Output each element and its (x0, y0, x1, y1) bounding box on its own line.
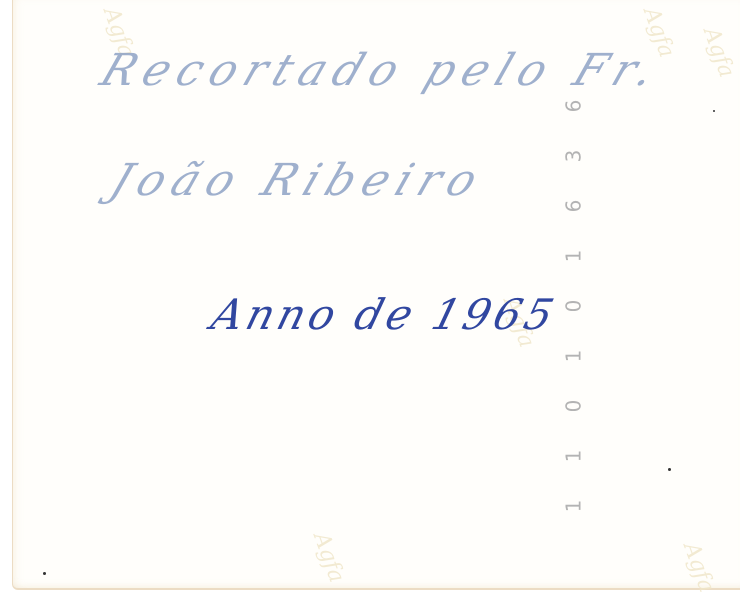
print-number: 1 1 0 1 0 1 6 3 6 (553, 96, 593, 516)
agfa-stamp: Agfa (698, 24, 739, 81)
print-digit: 1 (563, 350, 583, 363)
ink-speck (43, 572, 46, 575)
inscription-line-1: Recortado pelo Fr. (94, 45, 670, 96)
ink-speck (668, 468, 671, 471)
inscription-date: Anno de 1965 (206, 290, 562, 339)
agfa-stamp: Agfa (308, 529, 349, 586)
print-digit: 6 (563, 100, 583, 113)
photo-back-card: Agfa Agfa Agfa Agfa Agfa Agfa Recortado … (12, 0, 740, 590)
print-digit: 6 (563, 200, 583, 213)
agfa-stamp: Agfa (678, 539, 719, 596)
print-digit: 1 (563, 500, 583, 513)
print-digit: 0 (563, 400, 583, 413)
print-digit: 3 (563, 150, 583, 163)
inscription-line-2: João Ribeiro (104, 155, 492, 206)
print-digit: 0 (563, 300, 583, 313)
print-digit: 1 (563, 450, 583, 463)
print-digit: 1 (563, 250, 583, 263)
ink-speck (713, 110, 715, 112)
